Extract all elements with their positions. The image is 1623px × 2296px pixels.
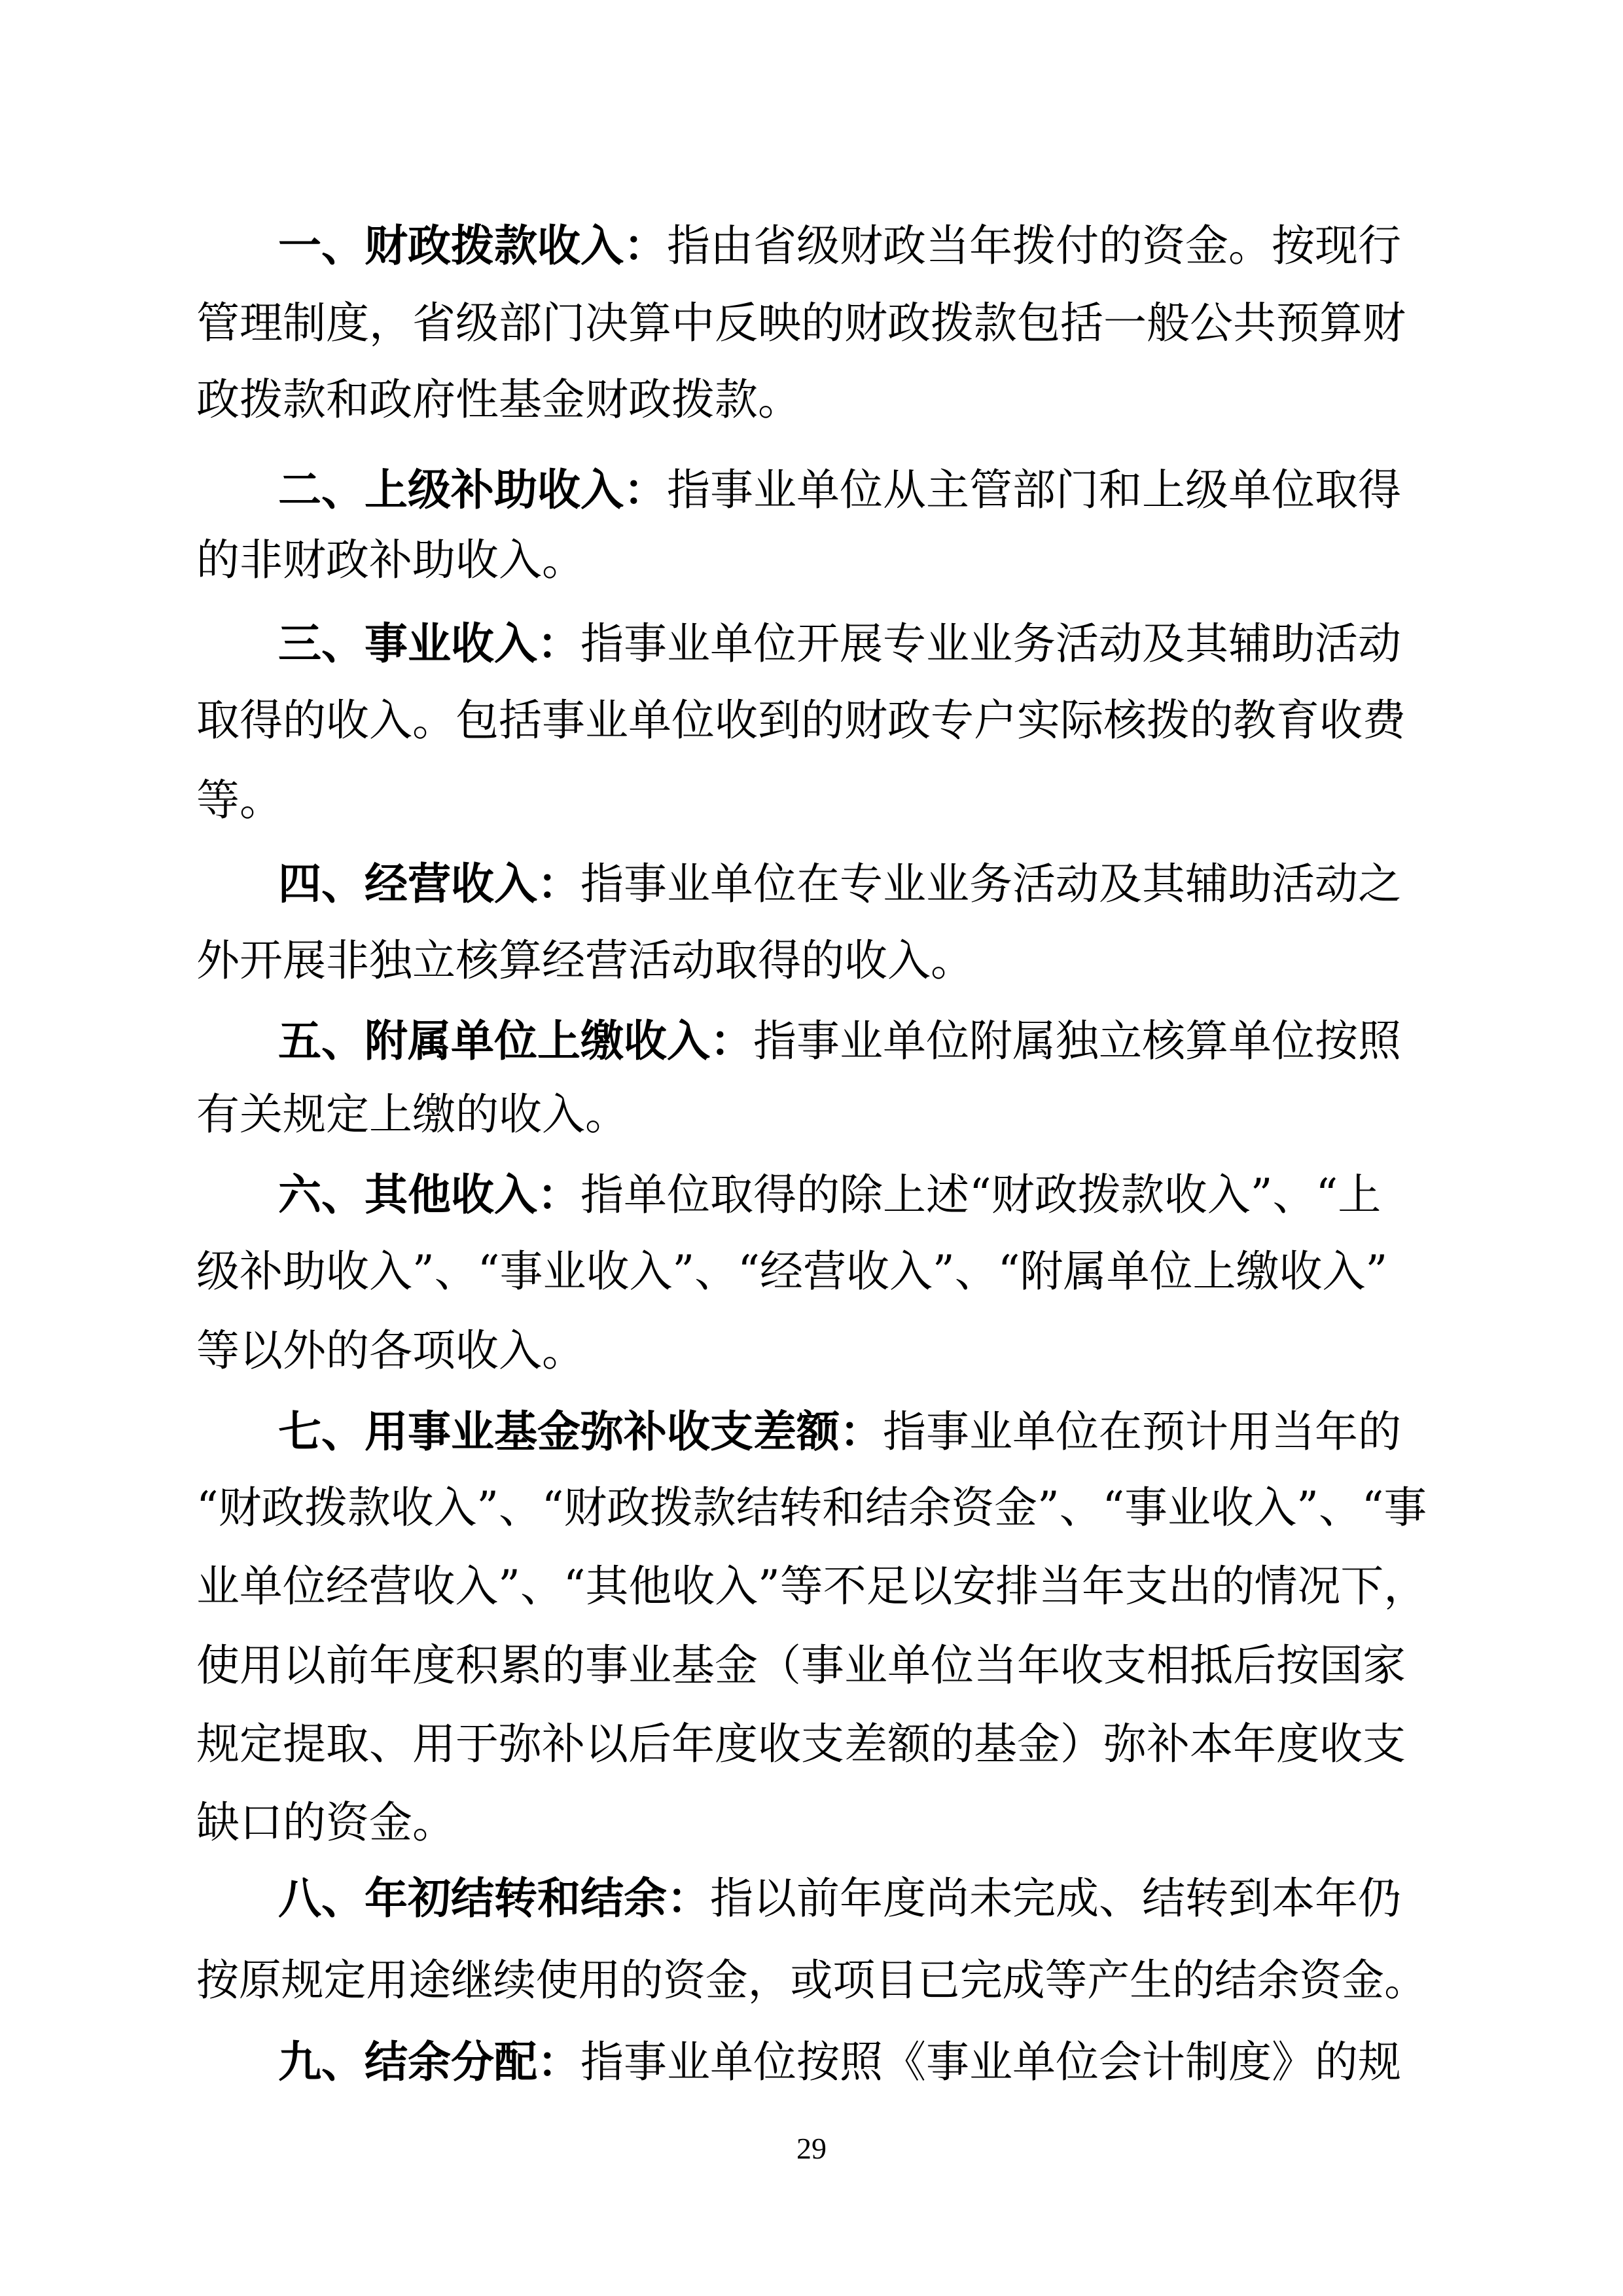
paragraph-3-line-3: 等。 bbox=[196, 774, 1427, 827]
paragraph-1-heading: 一、财政拨款收入： bbox=[278, 221, 667, 271]
paragraph-2-text: 指事业单位从主管部门和上级单位取得 bbox=[667, 465, 1401, 515]
paragraph-9-heading: 九、结余分配： bbox=[278, 2037, 580, 2087]
paragraph-1-line-2: 管理制度，省级部门决算中反映的财政拨款包括一般公共预算财 bbox=[196, 297, 1427, 350]
paragraph-7-text: 指事业单位在预计用当年的 bbox=[883, 1407, 1401, 1457]
paragraph-3-text: 指事业单位开展专业业务活动及其辅助活动 bbox=[580, 619, 1401, 669]
paragraph-8-first-line: 八、年初结转和结余：指以前年度尚未完成、结转到本年仍 bbox=[278, 1873, 1427, 1925]
paragraph-8-heading: 八、年初结转和结余： bbox=[278, 1873, 710, 1924]
paragraph-7-line-2: “财政拨款收入”、“财政拨款结转和结余资金”、“事业收入”、“事 bbox=[196, 1482, 1427, 1534]
paragraph-6-heading: 六、其他收入： bbox=[278, 1170, 580, 1220]
paragraph-7-line-6: 缺口的资金。 bbox=[196, 1797, 1427, 1849]
paragraph-7-first-line: 七、用事业基金弥补收支差额：指事业单位在预计用当年的 bbox=[278, 1406, 1427, 1458]
paragraph-6-line-2: 级补助收入”、“事业收入”、“经营收入”、“附属单位上缴收入” bbox=[196, 1246, 1427, 1298]
paragraph-3-line-2: 取得的收入。包括事业单位收到的财政专户实际核拨的教育收费 bbox=[196, 694, 1427, 747]
paragraph-6-line-3: 等以外的各项收入。 bbox=[196, 1325, 1427, 1377]
paragraph-3-first-line: 三、事业收入：指事业单位开展专业业务活动及其辅助活动 bbox=[278, 618, 1427, 670]
paragraph-8-text: 指以前年度尚未完成、结转到本年仍 bbox=[710, 1873, 1401, 1924]
paragraph-8-line-2: 按原规定用途继续使用的资金，或项目已完成等产生的结余资金。 bbox=[196, 1954, 1427, 2007]
paragraph-5-text: 指事业单位附属独立核算单位按照 bbox=[753, 1016, 1401, 1066]
paragraph-2-first-line: 二、上级补助收入：指事业单位从主管部门和上级单位取得 bbox=[278, 464, 1427, 516]
paragraph-6-text: 指单位取得的除上述“财政拨款收入”、“上 bbox=[580, 1170, 1381, 1220]
paragraph-6-first-line: 六、其他收入：指单位取得的除上述“财政拨款收入”、“上 bbox=[278, 1169, 1427, 1221]
paragraph-5-line-2: 有关规定上缴的收入。 bbox=[196, 1088, 1427, 1141]
paragraph-2-line-2: 的非财政补助收入。 bbox=[196, 534, 1427, 586]
paragraph-9-text: 指事业单位按照《事业单位会计制度》的规 bbox=[580, 2037, 1401, 2087]
paragraph-7-line-4: 使用以前年度积累的事业基金（事业单位当年收支相抵后按国家 bbox=[196, 1640, 1427, 1692]
paragraph-1-text: 指由省级财政当年拨付的资金。按现行 bbox=[667, 221, 1401, 271]
document-page: 一、财政拨款收入：指由省级财政当年拨付的资金。按现行 管理制度，省级部门决算中反… bbox=[0, 0, 1623, 2296]
paragraph-4-line-2: 外开展非独立核算经营活动取得的收入。 bbox=[196, 935, 1427, 987]
paragraph-7-line-3: 业单位经营收入”、“其他收入”等不足以安排当年支出的情况下， bbox=[196, 1560, 1427, 1613]
paragraph-2-heading: 二、上级补助收入： bbox=[278, 465, 667, 515]
paragraph-9-first-line: 九、结余分配：指事业单位按照《事业单位会计制度》的规 bbox=[278, 2036, 1427, 2089]
paragraph-3-heading: 三、事业收入： bbox=[278, 619, 580, 669]
paragraph-5-first-line: 五、附属单位上缴收入：指事业单位附属独立核算单位按照 bbox=[278, 1015, 1427, 1067]
page-number: 29 bbox=[746, 2132, 877, 2165]
paragraph-5-heading: 五、附属单位上缴收入： bbox=[278, 1016, 753, 1066]
paragraph-1-first-line: 一、财政拨款收入：指由省级财政当年拨付的资金。按现行 bbox=[278, 220, 1427, 272]
paragraph-4-heading: 四、经营收入： bbox=[278, 859, 580, 909]
paragraph-4-first-line: 四、经营收入：指事业单位在专业业务活动及其辅助活动之 bbox=[278, 858, 1427, 910]
paragraph-1-line-3: 政拨款和政府性基金财政拨款。 bbox=[196, 374, 1427, 426]
paragraph-4-text: 指事业单位在专业业务活动及其辅助活动之 bbox=[580, 859, 1401, 909]
paragraph-7-heading: 七、用事业基金弥补收支差额： bbox=[278, 1407, 883, 1457]
paragraph-7-line-5: 规定提取、用于弥补以后年度收支差额的基金）弥补本年度收支 bbox=[196, 1718, 1427, 1770]
